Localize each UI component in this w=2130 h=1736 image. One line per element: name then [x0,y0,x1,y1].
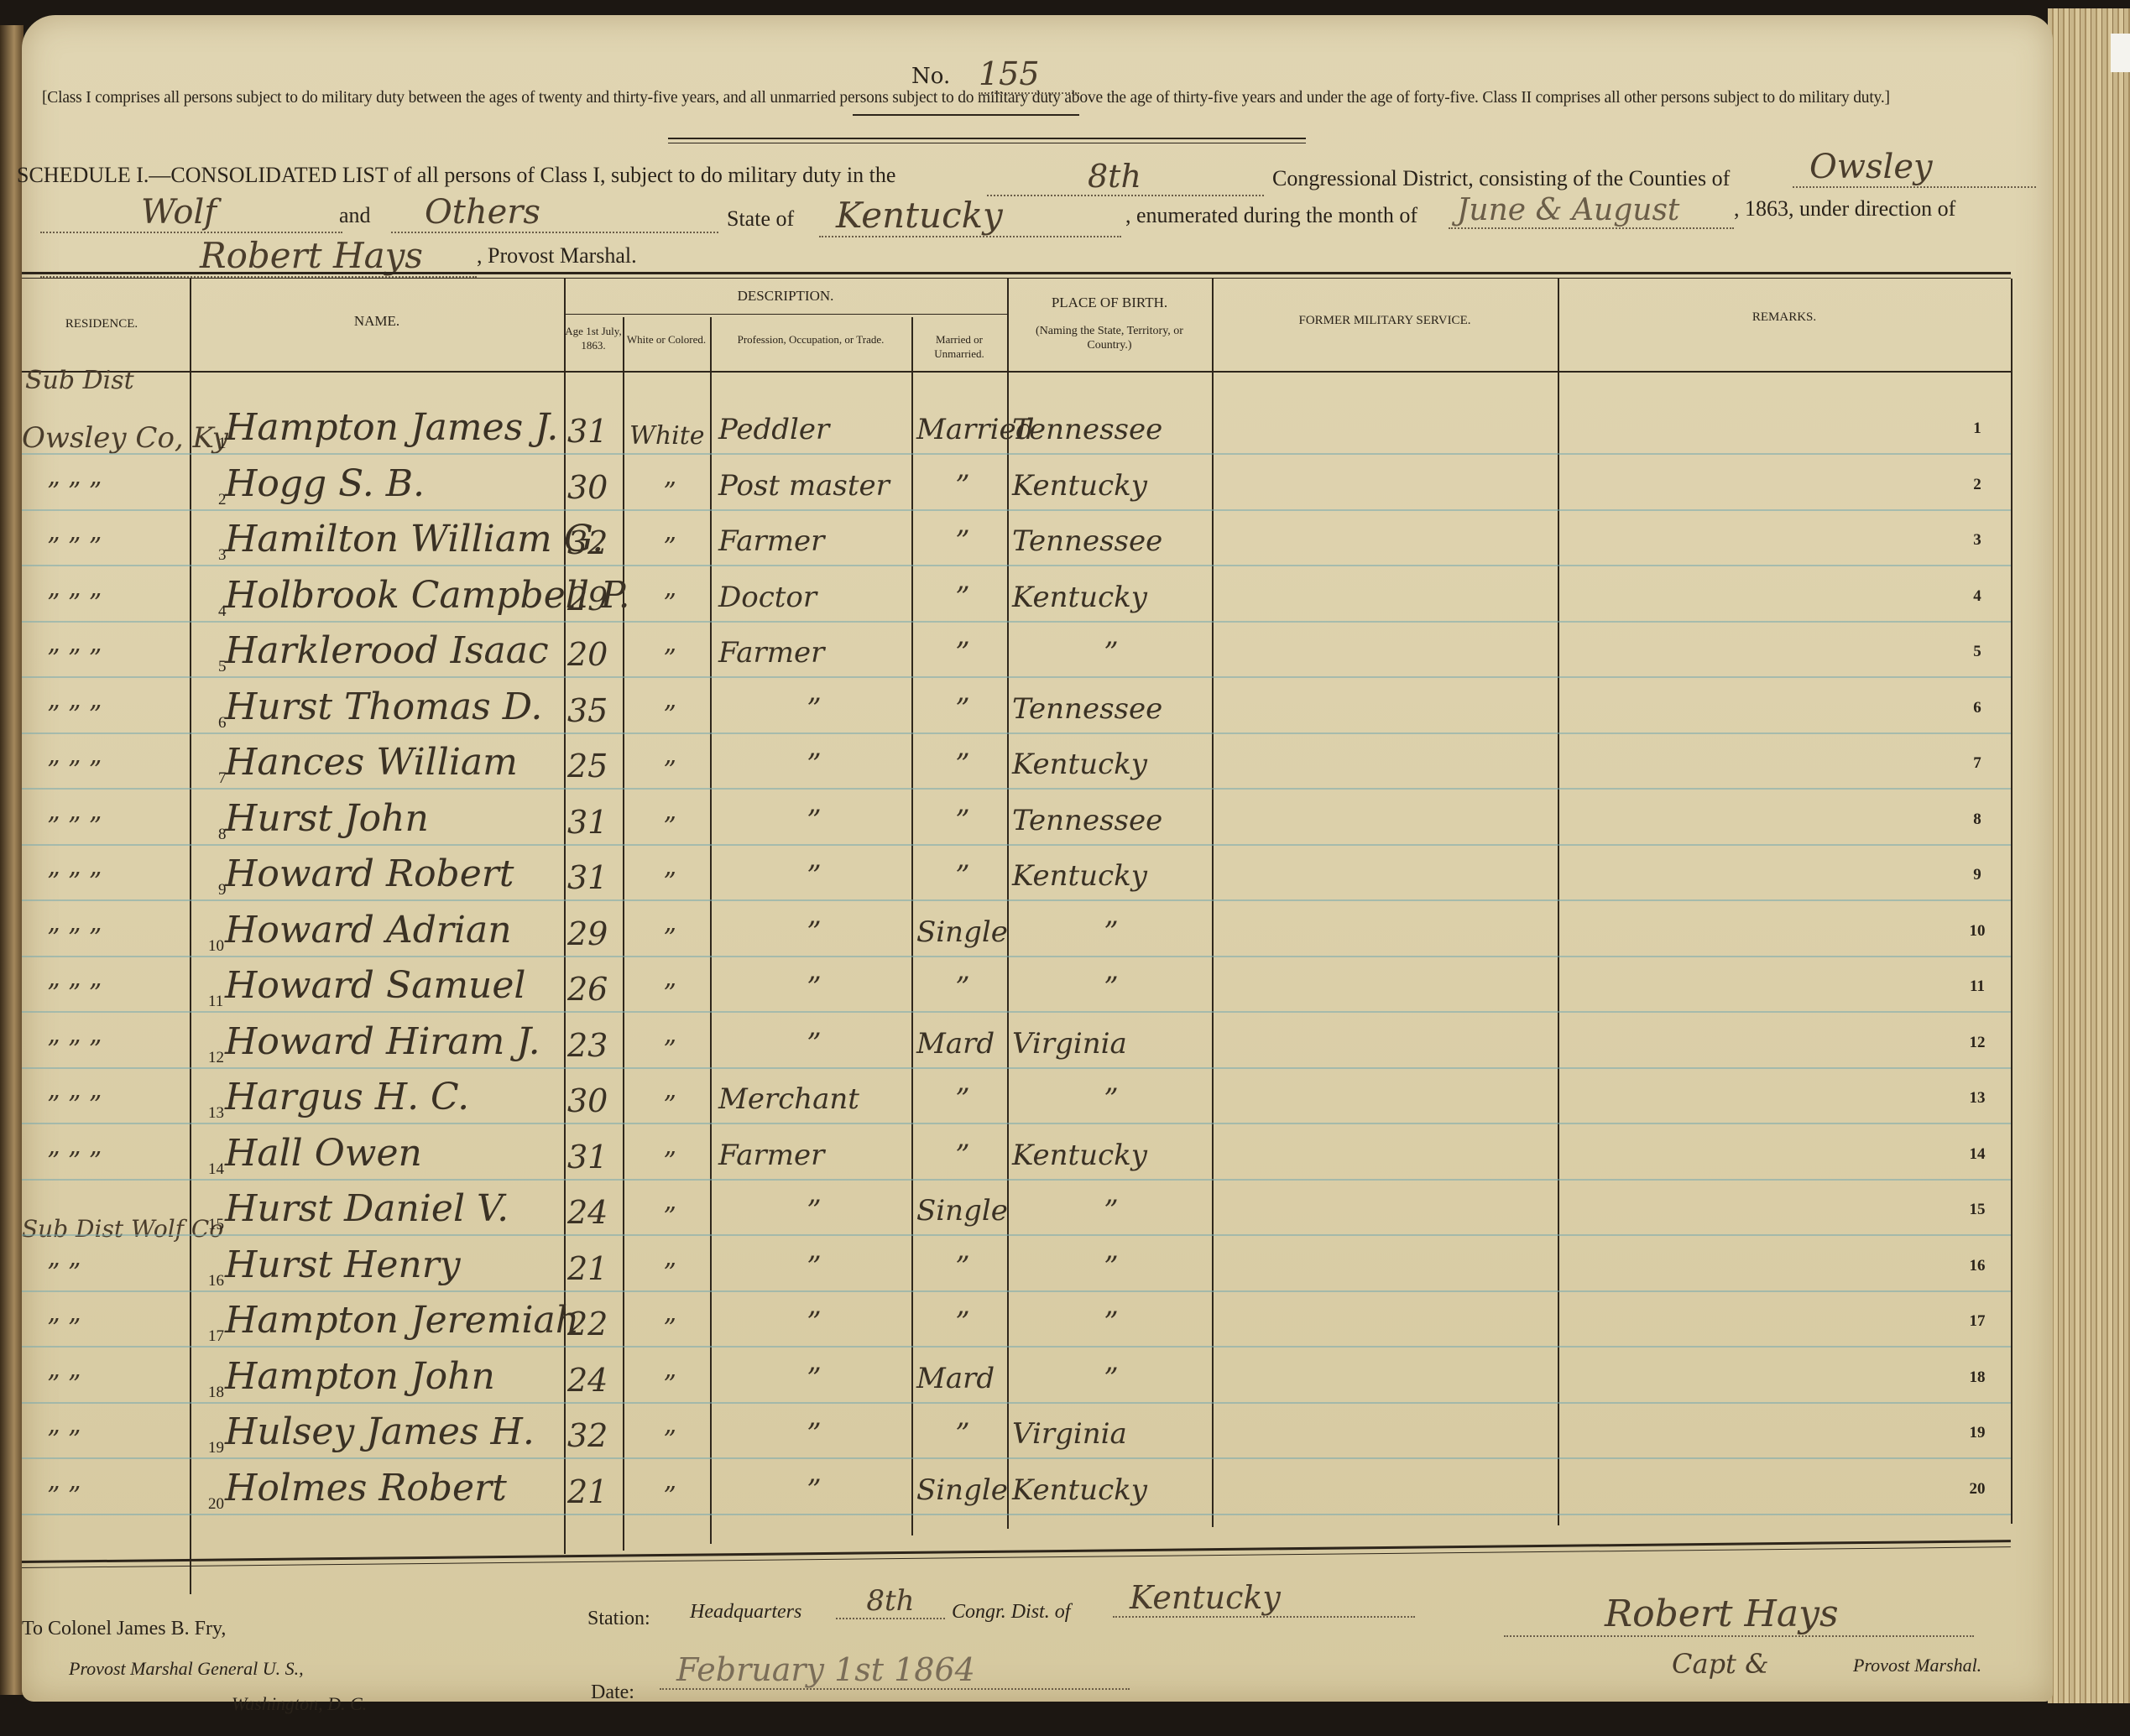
cell-profession: Doctor [718,581,910,614]
cell-residence: ” ” ” [47,1035,181,1065]
row-number: 17 [208,1327,224,1346]
header-former-military-service: FORMER MILITARY SERVICE. [1212,314,1558,328]
counties-field-3: Others [391,193,718,233]
cell-married: ” [916,1306,1009,1339]
cell-color: ” [629,701,710,730]
divider [668,143,1306,143]
col-divider [710,317,712,1544]
cell-married: ” [916,1139,1009,1172]
cell-name: Hurst Henry [225,1243,561,1286]
cell-age: 35 [567,692,623,729]
cell-profession: ” [718,1306,910,1339]
cell-age: 23 [567,1027,623,1064]
ruled-line [22,844,2011,846]
ruled-line [22,676,2011,678]
cell-profession: Farmer [718,636,910,670]
cell-color: ” [629,1259,710,1288]
state-label: State of [727,206,794,232]
cell-birth: Tennessee [1012,692,1210,726]
cell-birth: ” [1012,1194,1210,1228]
cell-age: 25 [567,748,623,785]
header-remarks: REMARKS. [1558,310,2011,325]
row-number-right: 1 [1960,420,1994,438]
row-number-right: 17 [1960,1312,1994,1331]
cell-profession: ” [718,915,910,949]
row-number: 14 [208,1160,224,1179]
ruled-line [22,1346,2011,1348]
cell-profession: Merchant [718,1082,910,1116]
district-field: 8th [987,158,1264,196]
cell-profession: ” [718,1194,910,1228]
cell-birth: Virginia [1012,1027,1210,1061]
cell-birth: ” [1012,1306,1210,1339]
cell-birth: Kentucky [1012,1139,1210,1172]
col-divider [911,317,913,1535]
schedule-title-line: SCHEDULE I.—CONSOLIDATED LIST of all per… [17,163,895,188]
residence-sub-dist: Sub Dist [25,366,134,395]
cell-age: 24 [567,1194,623,1231]
header-residence: RESIDENCE. [30,317,173,331]
cell-profession: ” [718,1473,910,1507]
row-number-right: 3 [1960,531,1994,550]
cell-name: Holbrook Campbell P. [225,574,561,617]
cell-married: ” [916,692,1009,726]
cell-married: Mard [916,1027,1009,1061]
station-headquarters: Headquarters [690,1601,801,1624]
cell-age: 32 [567,1417,623,1454]
row-number-right: 20 [1960,1480,1994,1499]
cell-birth: Virginia [1012,1417,1210,1451]
cell-age: 31 [567,859,623,896]
row-number-right: 13 [1960,1089,1994,1108]
cell-name: Hulsey James H. [225,1410,561,1453]
row-number: 18 [208,1384,224,1402]
station-label: Station: [587,1608,650,1630]
cell-birth: Tennessee [1012,413,1210,446]
row-number: 20 [208,1495,224,1514]
station-state-field: Kentucky [1113,1579,1415,1618]
footer-addressee-title: Provost Marshal General U. S., [69,1658,304,1680]
row-number-right: 4 [1960,587,1994,606]
and-label: and [339,203,371,228]
row-number-right: 2 [1960,476,1994,494]
cell-color: ” [629,533,710,562]
cell-residence: ” ” [47,1370,181,1400]
cell-name: Hances William [225,741,561,784]
header-place-of-birth: PLACE OF BIRTH. [1007,295,1212,310]
cell-age: 21 [567,1250,623,1287]
cell-color: ” [629,1314,710,1343]
cell-name: Hargus H. C. [225,1076,561,1118]
cell-color: ” [629,868,710,897]
cell-age: 31 [567,413,623,450]
cell-married: ” [916,469,1009,503]
cell-age: 20 [567,636,623,673]
ruled-line [22,788,2011,790]
ruled-line [22,453,2011,455]
cell-profession: ” [718,1362,910,1395]
row-number-right: 6 [1960,699,1994,717]
cell-married: ” [916,524,1009,558]
cell-residence: ” ” ” [47,477,181,507]
cell-profession: ” [718,1417,910,1451]
ruled-line [22,956,2011,957]
cell-residence: ” ” ” [47,868,181,897]
ruled-line [22,621,2011,623]
cell-color: ” [629,812,710,842]
cell-color: ” [629,756,710,785]
divider [668,138,1306,139]
cell-residence: ” ” ” [47,589,181,618]
ledger-page: No. 155 [Class I comprises all persons s… [22,15,2053,1702]
cell-age: 29 [567,915,623,952]
cell-color: ” [629,1035,710,1065]
cell-married: Single [916,1194,1009,1228]
table-bottom-rule [22,1540,2011,1563]
table-top-rule [22,272,2011,274]
row-number: 12 [208,1049,224,1067]
page-tab [2111,34,2130,72]
residence-owsley-county: Owsley Co, Ky [22,421,228,455]
record-number-label: No. [911,64,950,89]
divider [853,114,1079,116]
cell-birth: Kentucky [1012,581,1210,614]
signature-rank: Capt & [1672,1648,1769,1680]
cell-profession: ” [718,1027,910,1061]
row-number-right: 5 [1960,643,1994,661]
cell-color: ” [629,1147,710,1176]
cell-married: ” [916,748,1009,781]
counties-field-2: Wolf [40,193,342,233]
ruled-line [22,1179,2011,1181]
row-number-right: 11 [1960,977,1994,996]
cell-color: ” [629,979,710,1009]
cell-residence: ” ” ” [47,924,181,953]
cell-color: ” [629,1091,710,1120]
signature-title: Provost Marshal. [1853,1655,1981,1676]
col-divider [1212,279,1214,1527]
cell-name: Hurst Daniel V. [225,1187,561,1230]
marshal-label: , Provost Marshal. [477,243,637,268]
header-married: Married or Unmarried. [911,332,1007,361]
cell-residence: ” ” [47,1259,181,1288]
cell-birth: Kentucky [1012,859,1210,893]
header-name: NAME. [190,314,564,328]
cell-residence: ” ” ” [47,1147,181,1176]
page-stack-edge [2048,8,2130,1703]
cell-color: White [629,421,710,451]
ruled-line [22,1514,2011,1515]
cell-residence: ” ” ” [47,701,181,730]
ruled-line [22,1290,2011,1292]
cell-name: Hurst John [225,797,561,840]
header-profession: Profession, Occupation, or Trade. [710,332,911,347]
cell-color: ” [629,644,710,674]
cell-age: 22 [567,1306,623,1342]
cell-name: Hurst Thomas D. [225,686,561,728]
cell-residence: ” ” [47,1426,181,1455]
row-number: 15 [208,1216,224,1234]
cell-married: ” [916,581,1009,614]
divider [564,314,1007,315]
cell-profession: ” [718,1250,910,1284]
header-description: DESCRIPTION. [564,289,1007,303]
cell-color: ” [629,1426,710,1455]
cell-birth: Tennessee [1012,524,1210,558]
cell-profession: Farmer [718,1139,910,1172]
cell-birth: Kentucky [1012,748,1210,781]
cell-age: 24 [567,1362,623,1399]
cell-birth: ” [1012,1362,1210,1395]
station-district-field: 8th [836,1584,945,1619]
row-number: 13 [208,1104,224,1123]
ruled-line [22,1011,2011,1013]
cell-married: ” [916,804,1009,837]
cell-residence: ” ” ” [47,756,181,785]
cell-married: ” [916,1250,1009,1284]
cell-age: 30 [567,469,623,506]
cell-residence: ” ” ” [47,812,181,842]
cell-birth: Kentucky [1012,1473,1210,1507]
cell-name: Holmes Robert [225,1467,561,1509]
cell-profession: ” [718,692,910,726]
col-divider [2011,279,2013,1524]
cell-residence: ” ” [47,1314,181,1343]
cell-profession: ” [718,859,910,893]
ruled-line [22,1123,2011,1124]
schedule-title-lead: SCHEDULE I.—CONSOLIDATED LIST [17,163,388,187]
row-number-right: 12 [1960,1034,1994,1052]
cell-profession: Farmer [718,524,910,558]
footer-addressee-place: Washington, D. C. [232,1693,367,1715]
header-age: Age 1st July, 1863. [564,324,623,352]
ruled-line [22,1457,2011,1459]
cell-married: Mard [916,1362,1009,1395]
cell-profession: ” [718,804,910,837]
cell-birth: ” [1012,1250,1210,1284]
signature-field: Robert Hays [1504,1593,1974,1637]
col-divider [1558,279,1559,1525]
cell-residence: ” ” ” [47,533,181,562]
month-field: June & August [1449,193,1734,229]
header-white-or-colored: White or Colored. [623,332,710,347]
cell-married: ” [916,1082,1009,1116]
cell-name: Howard Adrian [225,909,561,951]
footer-addressee: To Colonel James B. Fry, [22,1618,226,1640]
cell-birth: ” [1012,636,1210,670]
residence-wolf-county: Sub Dist Wolf Co [22,1215,223,1243]
cell-name: Hampton James J. [225,406,561,449]
cell-name: Howard Samuel [225,964,561,1007]
cell-name: Hamilton William G. [225,518,561,560]
cell-birth: Kentucky [1012,469,1210,503]
header-place-of-birth-note: (Naming the State, Territory, or Country… [1015,324,1203,352]
ruled-line [22,1402,2011,1404]
ruled-line [22,732,2011,734]
row-number-right: 10 [1960,922,1994,941]
cell-married: ” [916,1417,1009,1451]
ruled-line [22,1234,2011,1236]
row-number-right: 18 [1960,1368,1994,1387]
counties-field-1: Owsley [1793,148,2036,188]
ruled-line [22,509,2011,511]
state-field: Kentucky [819,195,1121,237]
cell-age: 30 [567,1082,623,1119]
cell-married: ” [916,636,1009,670]
cell-birth: Tennessee [1012,804,1210,837]
cell-married: ” [916,859,1009,893]
cell-name: Howard Robert [225,852,561,895]
station-congr-label: Congr. Dist. of [952,1601,1070,1624]
cell-color: ” [629,924,710,953]
col-divider [190,279,191,1594]
cell-married: ” [916,971,1009,1004]
cell-profession: ” [718,971,910,1004]
cell-age: 31 [567,1139,623,1176]
col-divider [623,317,624,1551]
cell-married: Married [916,413,1009,446]
left-page-edge [0,25,23,1695]
ruled-line [22,565,2011,566]
cell-color: ” [629,1202,710,1232]
cell-name: Hampton Jeremiah [225,1299,561,1342]
cell-age: 31 [567,804,623,841]
col-divider [1007,279,1009,1529]
cell-age: 21 [567,1473,623,1510]
ruled-line [22,1067,2011,1069]
cell-residence: ” ” ” [47,1091,181,1120]
class-definition-note: [Class I comprises all persons subject t… [42,89,2039,107]
row-number-right: 15 [1960,1201,1994,1219]
row-number-right: 8 [1960,811,1994,829]
row-number: 10 [208,937,224,956]
cell-birth: ” [1012,971,1210,1004]
cell-name: Hogg S. B. [225,462,561,505]
cell-residence: ” ” [47,1482,181,1511]
enumerated-label: , enumerated during the month of [1125,203,1417,228]
row-number-right: 14 [1960,1145,1994,1164]
row-number-right: 9 [1960,866,1994,884]
cell-age: 29 [567,581,623,618]
cell-color: ” [629,1370,710,1400]
date-field: February 1st 1864 [660,1651,1130,1690]
cell-residence: ” ” ” [47,644,181,674]
date-label: Date: [591,1681,634,1704]
row-number-right: 19 [1960,1424,1994,1442]
row-number: 11 [208,993,223,1011]
row-number-right: 7 [1960,754,1994,773]
cell-birth: ” [1012,1082,1210,1116]
district-label: Congressional District, consisting of th… [1272,166,1730,191]
cell-age: 32 [567,524,623,561]
cell-birth: ” [1012,915,1210,949]
ruled-line [22,899,2011,901]
row-number: 16 [208,1272,224,1290]
col-divider [564,279,566,1554]
cell-name: Hall Owen [225,1132,561,1175]
cell-color: ” [629,477,710,507]
cell-color: ” [629,1482,710,1511]
year-direction-label: , 1863, under direction of [1734,196,1955,222]
row-number: 19 [208,1439,224,1457]
cell-name: Howard Hiram J. [225,1020,561,1063]
schedule-title-rest: of all persons of Class I, subject to do… [394,163,896,187]
cell-profession: Peddler [718,413,910,446]
cell-residence: ” ” ” [47,979,181,1009]
row-number-right: 16 [1960,1257,1994,1275]
cell-profession: Post master [718,469,910,503]
cell-married: Single [916,1473,1009,1507]
cell-name: Hampton John [225,1355,561,1398]
cell-age: 26 [567,971,623,1008]
cell-color: ” [629,589,710,618]
cell-married: Single [916,915,1009,949]
header-bottom-rule [22,371,2011,373]
table-top-rule [22,278,2011,279]
cell-profession: ” [718,748,910,781]
cell-name: Harklerood Isaac [225,629,561,672]
